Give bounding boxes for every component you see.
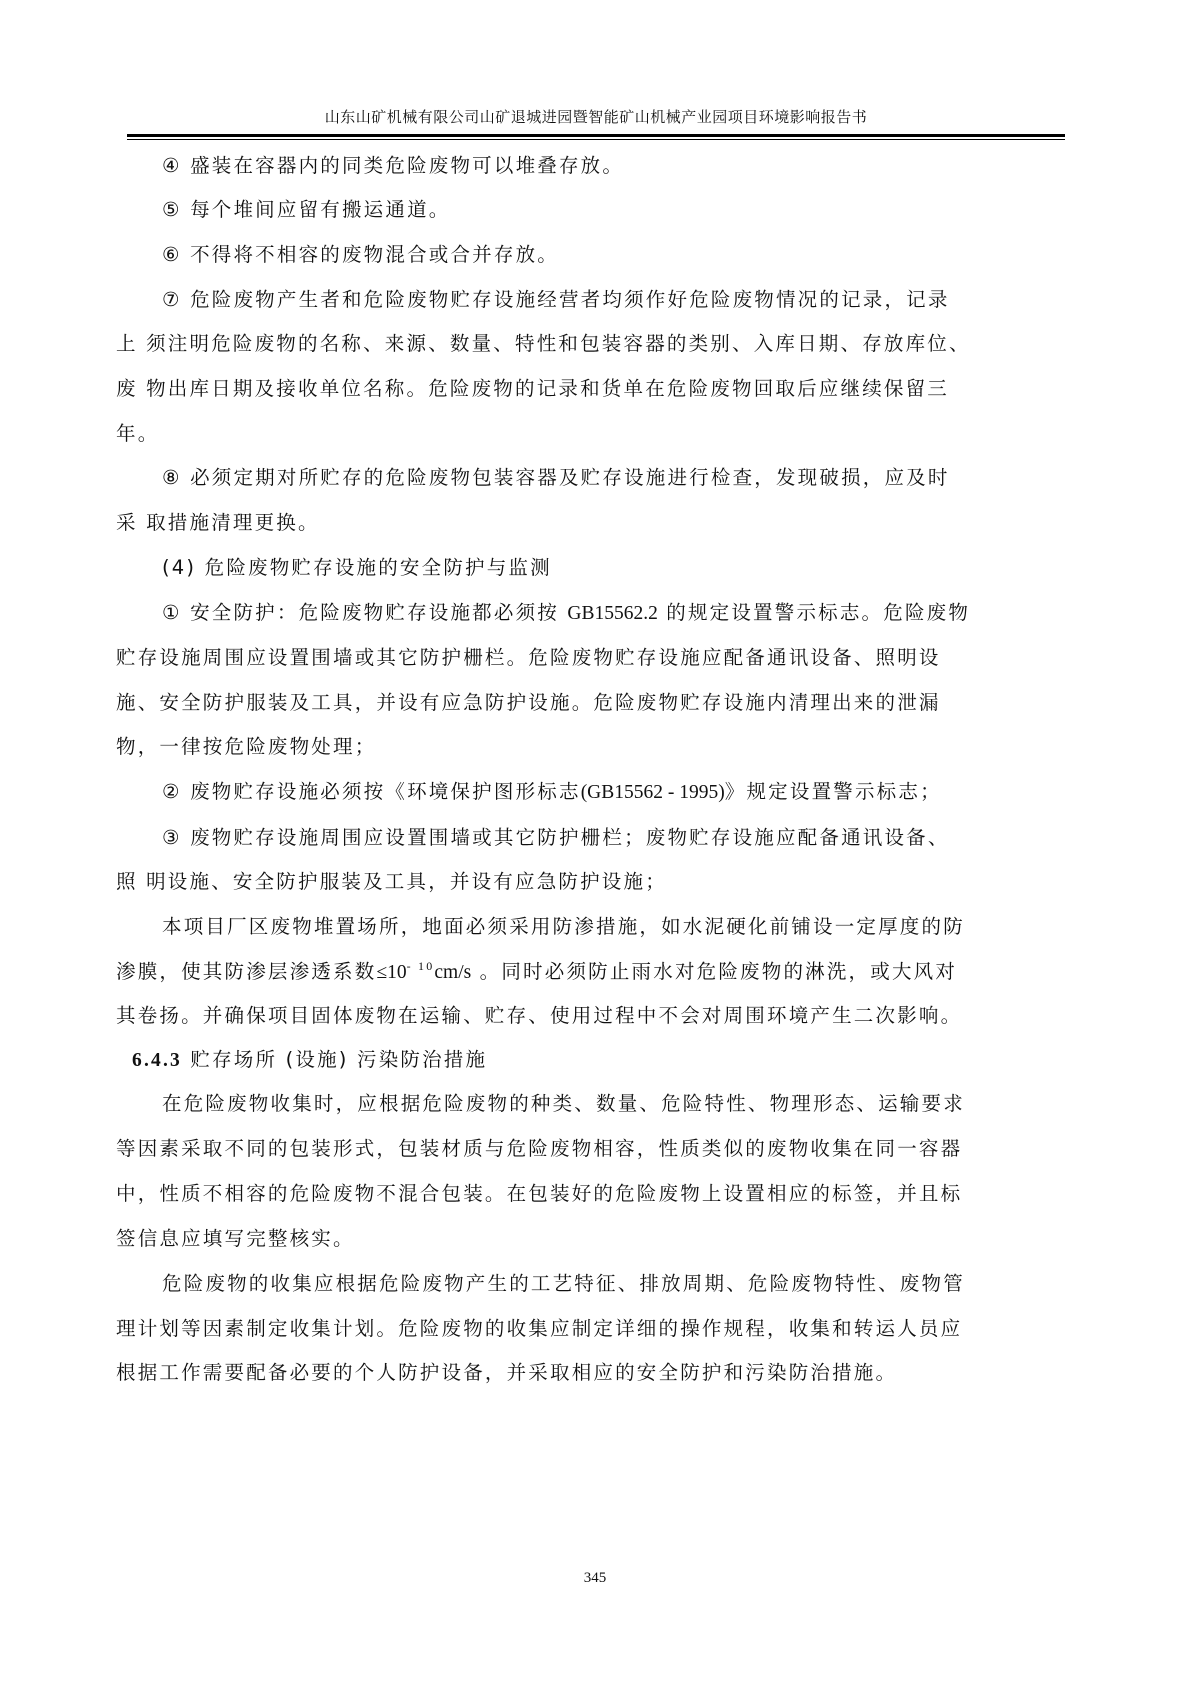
list-item-8-line-2: 采 取措施清理更换。: [116, 511, 320, 535]
list-item-4: ④ 盛装在容器内的同类危险废物可以堆叠存放。: [162, 154, 624, 178]
standard-code: GB15562.2: [567, 603, 657, 624]
collection-paragraph-1-line-3: 中，性质不相容的危险废物不混合包装。在包装好的危险废物上设置相应的标签，并且标: [116, 1182, 962, 1206]
project-paragraph-line-3: 其卷扬。并确保项目固体废物在运输、贮存、使用过程中不会对周围环境产生二次影响。: [116, 1004, 962, 1028]
safety-item-3-line-1: ③ 废物贮存设施周围应设置围墙或其它防护栅栏；废物贮存设施应配备通讯设备、: [162, 826, 950, 850]
safety-item-3-line-2: 照 明设施、安全防护服装及工具，并设有应急防护设施；: [116, 870, 667, 894]
page-number: 345: [0, 1570, 1190, 1587]
standard-code: (GB15562 - 1995): [581, 782, 725, 803]
list-item-7-line-1: ⑦ 危险废物产生者和危险废物贮存设施经营者均须作好危险废物情况的记录，记录: [162, 288, 950, 312]
unit: cm/s: [434, 962, 471, 983]
exponent: - 10: [407, 959, 435, 973]
safety-item-2: ② 废物贮存设施必须按《环境保护图形标志(GB15562 - 1995)》规定设…: [162, 780, 942, 805]
collection-paragraph-2-line-3: 根据工作需要配备必要的个人防护设备，并采取相应的安全防护和污染防治措施。: [116, 1361, 897, 1385]
section-number: 6.4.3: [132, 1050, 182, 1071]
list-item-5: ⑤ 每个堆间应留有搬运通道。: [162, 198, 450, 222]
safety-item-1-line-1: ① 安全防护：危险废物贮存设施都必须按 GB15562.2 的规定设置警示标志。…: [162, 601, 970, 626]
text: ① 安全防护：危险废物贮存设施都必须按: [162, 601, 567, 624]
text: 。同时必须防止雨水对危险废物的淋洗，或大风对: [471, 960, 957, 983]
safety-item-1-line-3: 施、安全防护服装及工具，并设有应急防护设施。危险废物贮存设施内清理出来的泄漏: [116, 691, 941, 715]
collection-paragraph-1-line-1: 在危险废物收集时，应根据危险废物的种类、数量、危险特性、物理形态、运输要求: [162, 1092, 965, 1116]
list-item-7-line-4: 年。: [116, 422, 159, 446]
header-rule-thick: [127, 134, 1065, 137]
section-title: 贮存场所 (设施) 污染防治措施: [182, 1048, 487, 1071]
text: 渗膜，使其防渗层渗透系数: [116, 960, 376, 983]
collection-paragraph-2-line-2: 理计划等因素制定收集计划。危险废物的收集应制定详细的操作规程，收集和转运人员应: [116, 1317, 962, 1341]
subsection-title-4: (4) 危险废物贮存设施的安全防护与监测: [162, 556, 552, 580]
list-item-6: ⑥ 不得将不相容的废物混合或合并存放。: [162, 243, 559, 267]
list-item-7-line-2: 上 须注明危险废物的名称、来源、数量、特性和包装容器的类别、入库日期、存放库位、: [116, 332, 971, 356]
collection-paragraph-1-line-2: 等因素采取不同的包装形式，包装材质与危险废物相容，性质类似的废物收集在同一容器: [116, 1137, 962, 1161]
list-item-7-line-3: 废 物出库日期及接收单位名称。危险废物的记录和货单在危险废物回取后应继续保留三: [116, 377, 949, 401]
project-paragraph-line-2: 渗膜，使其防渗层渗透系数≤10- 10cm/s 。同时必须防止雨水对危险废物的淋…: [116, 960, 957, 985]
text: ② 废物贮存设施必须按《环境保护图形标志: [162, 780, 581, 803]
section-heading-6-4-3: 6.4.3 贮存场所 (设施) 污染防治措施: [132, 1048, 487, 1073]
header-rule-thin: [127, 139, 1065, 140]
collection-paragraph-2-line-1: 危险废物的收集应根据危险废物产生的工艺特征、排放周期、危险废物特性、废物管: [162, 1272, 965, 1296]
safety-item-1-line-4: 物，一律按危险废物处理；: [116, 735, 376, 759]
collection-paragraph-1-line-4: 签信息应填写完整核实。: [116, 1227, 355, 1251]
list-item-8-line-1: ⑧ 必须定期对所贮存的危险废物包装容器及贮存设施进行检查，发现破损，应及时: [162, 466, 950, 490]
project-paragraph-line-1: 本项目厂区废物堆置场所，地面必须采用防渗措施，如水泥硬化前铺设一定厚度的防: [162, 915, 965, 939]
coefficient-value: ≤10: [376, 962, 406, 983]
running-header: 山东山矿机械有限公司山矿退城进园暨智能矿山机械产业园项目环境影响报告书: [127, 106, 1065, 127]
text: 》规定设置警示标志；: [725, 780, 942, 803]
text: 的规定设置警示标志。危险废物: [658, 601, 970, 624]
safety-item-1-line-2: 贮存设施周围应设置围墙或其它防护栅栏。危险废物贮存设施应配备通讯设备、照明设: [116, 646, 941, 670]
